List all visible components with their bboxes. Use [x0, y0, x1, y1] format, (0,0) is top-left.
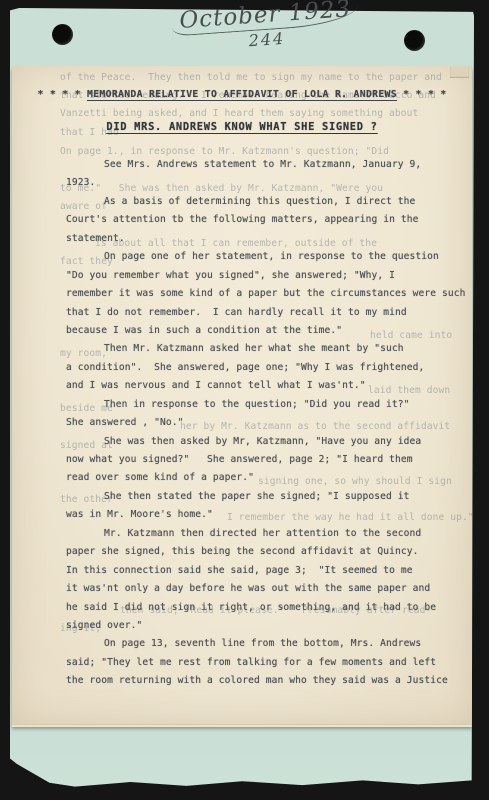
- memo-title-line: * * * * MEMORANDA RELATIVE TO AFFIDAVIT …: [12, 89, 472, 100]
- typed-line: Then in response to the question; "Did y…: [66, 396, 468, 414]
- typed-line: Court's attention tb the following matte…: [66, 211, 468, 229]
- typed-line: was in Mr. Moore's home.": [66, 506, 468, 524]
- typed-line: See Mrs. Andrews statement to Mr. Katzma…: [66, 156, 468, 174]
- typed-line: the room returning with a colored man wh…: [66, 672, 468, 690]
- ghost-text-line: Vanzetti being asked, and I heard them s…: [60, 108, 418, 119]
- title-stars-right: * * * *: [397, 89, 447, 100]
- typed-line: In this connection said she said, page 3…: [66, 562, 468, 580]
- typed-line: and I was nervous and I cannot tell what…: [66, 377, 468, 395]
- typed-line: She answered , "No.": [66, 414, 468, 432]
- typed-line: said; "They let me rest from talking for…: [66, 654, 468, 672]
- typed-body: See Mrs. Andrews statement to Mr. Katzma…: [66, 156, 468, 691]
- typed-line: She was then asked by Mr, Katzmann, "Hav…: [66, 433, 468, 451]
- typed-line: paper she signed, this being the second …: [66, 543, 468, 561]
- typed-line: "Do you remember what you signed", she a…: [66, 267, 468, 285]
- typed-line: Then Mr. Katzmann asked her what she mea…: [66, 340, 468, 358]
- typed-line: As a basis of determining this question,…: [66, 193, 468, 211]
- typed-line: that I do not remember. I can hardly rec…: [66, 304, 468, 322]
- punch-hole-left: [52, 24, 73, 45]
- typed-line: read over some kind of a paper.": [66, 469, 468, 487]
- typed-line: On page 13, seventh line from the bottom…: [66, 635, 468, 653]
- typed-line: signed over.": [66, 617, 468, 635]
- typed-line: 1923.: [66, 174, 468, 192]
- typed-line: On page one of her statement, in respons…: [66, 248, 468, 266]
- typed-memo-sheet: of the Peace. They then told me to sign …: [12, 66, 472, 725]
- typed-line: it was'nt only a day before he was out w…: [66, 580, 468, 598]
- memo-subtitle: DID MRS. ANDREWS KNOW WHAT SHE SIGNED ?: [12, 121, 472, 133]
- scanned-document-photo: of the Peace. They then told me to sign …: [0, 0, 489, 800]
- teal-backing-board: of the Peace. They then told me to sign …: [10, 8, 474, 789]
- memo-title: MEMORANDA RELATIVE TO AFFIDAVIT OF LOLA …: [87, 89, 397, 100]
- typed-line: he said I did not sign it right, or some…: [66, 599, 468, 617]
- typed-line: She then stated the paper she signed; "I…: [66, 488, 468, 506]
- ghost-text-line: of the Peace. They then told me to sign …: [60, 72, 442, 83]
- typed-line: statement.: [66, 230, 468, 248]
- typed-line: remember it was some kind of a paper but…: [66, 285, 468, 303]
- typed-line: a condition". She answered, page one; "W…: [66, 359, 468, 377]
- typed-line: now what you signed?" She answered, page…: [66, 451, 468, 469]
- underlying-sheet-corner: [450, 66, 469, 78]
- title-stars-left: * * * *: [37, 89, 87, 100]
- typed-line: because I was in such a condition at the…: [66, 322, 468, 340]
- punch-hole-right: [404, 30, 425, 51]
- typed-line: Mr. Katzmann then directed her attention…: [66, 525, 468, 543]
